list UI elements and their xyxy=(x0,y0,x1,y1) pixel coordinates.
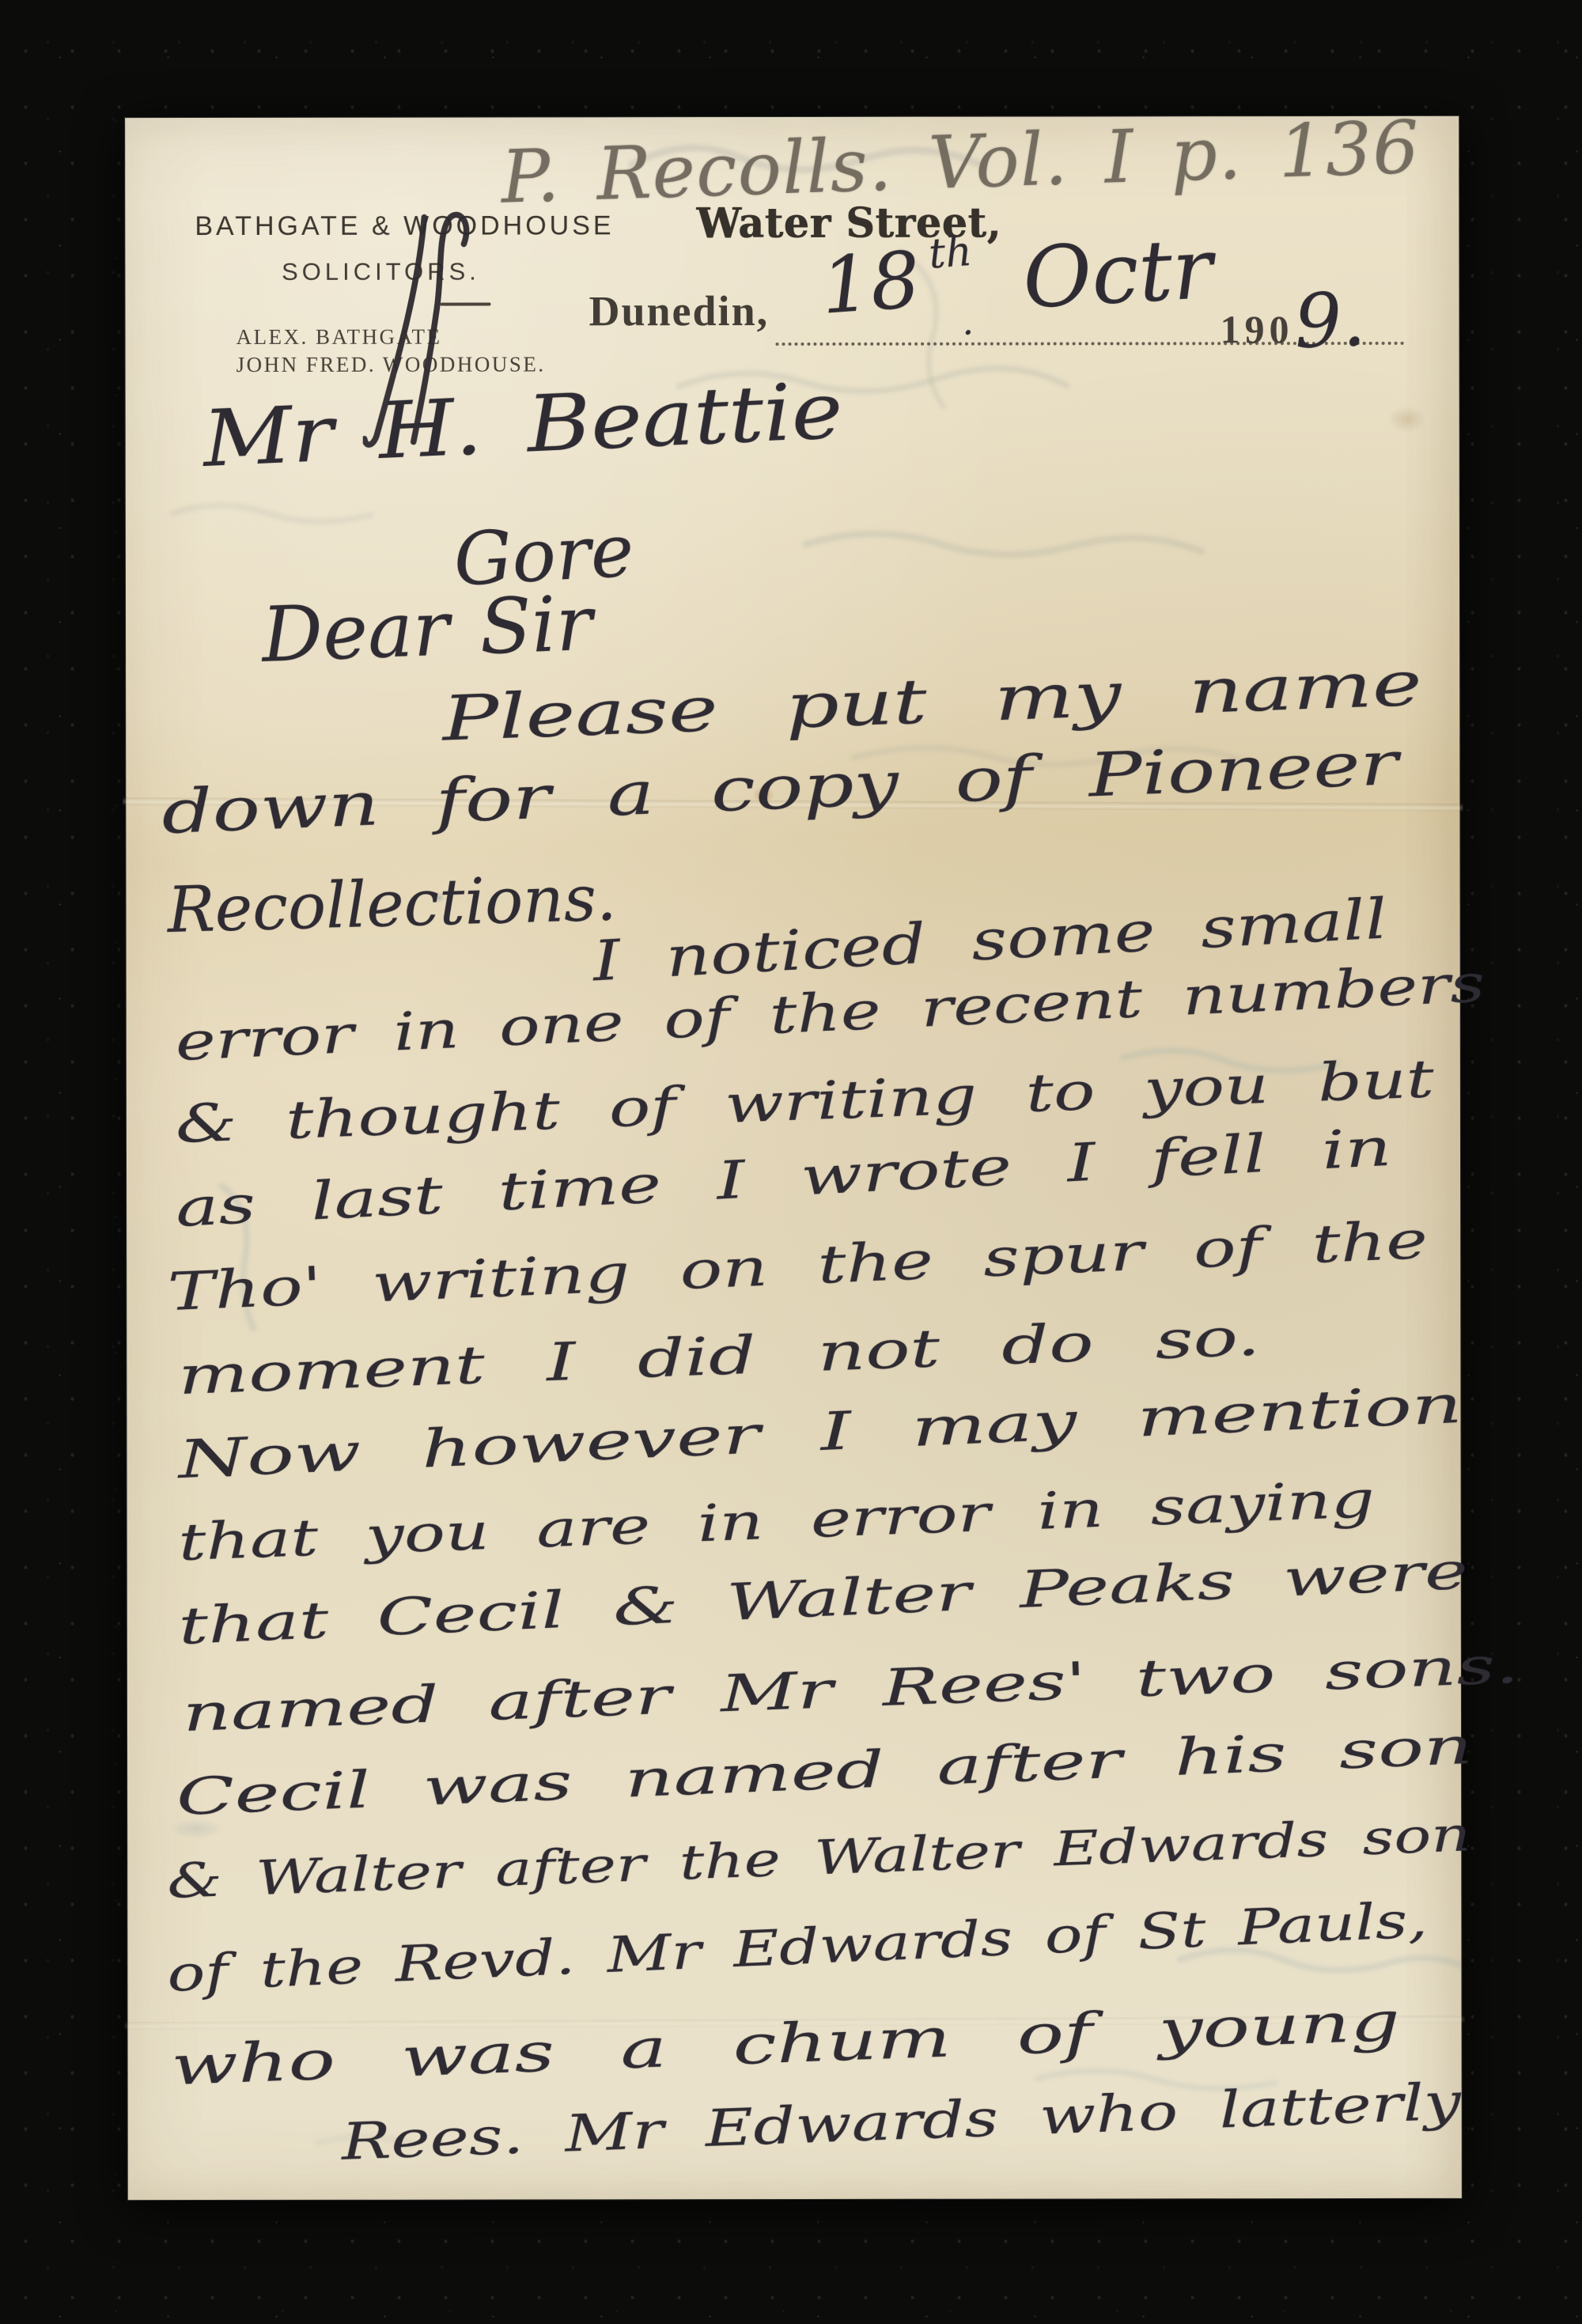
letter-line: Rees. Mr Edwards who latterly xyxy=(341,2076,1463,2167)
letter-line: of the Revd. Mr Edwards of St Pauls, xyxy=(166,1895,1429,1999)
firm-type: SOLICITORS. xyxy=(195,257,566,286)
year-printed: 190 xyxy=(1220,306,1293,352)
partner-name: JOHN FRED. WOODHOUSE. xyxy=(237,352,546,377)
letterhead-divider-rule xyxy=(440,303,490,306)
letter-line: & Walter after the Walter Edwards son xyxy=(166,1811,1471,1906)
date-day: 18 xyxy=(819,241,922,326)
firm-name: BATHGATE & WOODHOUSE xyxy=(195,210,566,242)
date-day-suffix: th xyxy=(928,231,974,275)
letter-line: who was a chum of young xyxy=(170,1996,1401,2094)
date-year-written: 9. xyxy=(1293,283,1367,360)
scan-bed: P. Recolls. Vol. I p. 136 BATHGATE & WOO… xyxy=(0,0,1582,2324)
letter-line: down for a copy of Pioneer xyxy=(161,733,1399,842)
letter-line: Tho' writing on the spur of the xyxy=(167,1214,1429,1319)
letterhead-firm-block: BATHGATE & WOODHOUSE SOLICITORS. xyxy=(195,210,566,286)
letter-page: P. Recolls. Vol. I p. 136 BATHGATE & WOO… xyxy=(125,116,1462,2200)
partner-name: ALEX. BATHGATE xyxy=(237,325,442,350)
letter-line: Recollections. xyxy=(166,866,617,942)
city-label: Dunedin, xyxy=(589,286,769,335)
recipient-name: Mr H. Beattie xyxy=(202,373,845,479)
paper-stain xyxy=(1388,406,1426,433)
date-month: Octr xyxy=(1021,227,1215,321)
salutation: Dear Sir xyxy=(260,585,593,673)
date-suffix-period: . xyxy=(962,304,974,340)
